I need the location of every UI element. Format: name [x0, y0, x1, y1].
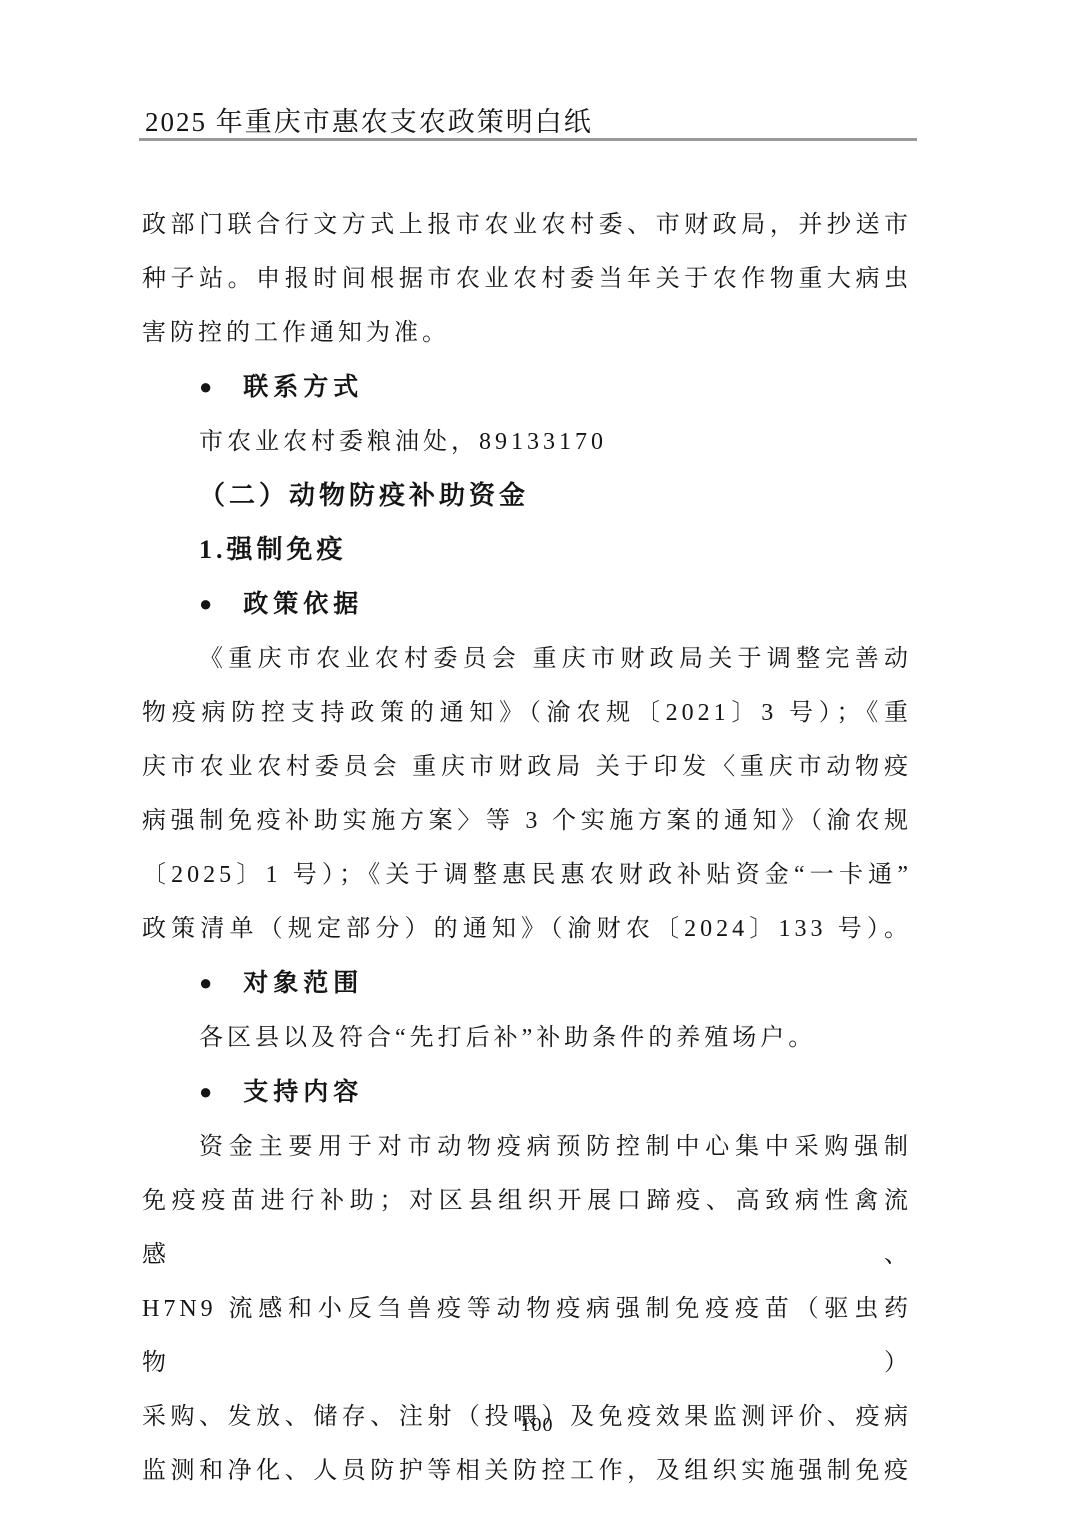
- policy-basis-heading-label: 政策依据: [243, 591, 363, 618]
- bullet-icon: ●: [199, 970, 216, 995]
- intro-paragraph-line: 种子站。申报时间根据市农业农村委当年关于农作物重大病虫: [142, 252, 912, 306]
- bullet-icon: ●: [199, 374, 216, 399]
- policy-basis-line: 庆市农业农村委员会 重庆市财政局 关于印发〈重庆市动物疫: [142, 740, 912, 794]
- support-content-line: H7N9 流感和小反刍兽疫等动物疫病强制免疫疫苗（驱虫药物）: [142, 1282, 912, 1390]
- contact-section-heading: ●联系方式: [142, 360, 912, 415]
- header-rule: [139, 138, 917, 141]
- intro-paragraph-line: 政部门联合行文方式上报市农业农村委、市财政局，并抄送市: [142, 198, 912, 252]
- support-content-line: 免疫疫苗进行补助；对区县组织开展口蹄疫、高致病性禽流感、: [142, 1174, 912, 1282]
- page-number: 100: [521, 1414, 554, 1436]
- section-heading: （二）动物防疫补助资金: [142, 469, 912, 523]
- policy-basis-section-heading: ●政策依据: [142, 577, 912, 632]
- page-header-title: 2025 年重庆市惠农支农政策明白纸: [145, 100, 593, 139]
- contact-heading-label: 联系方式: [243, 374, 363, 401]
- policy-basis-line: 物疫病防控支持政策的通知》（渝农规〔2021〕3 号）；《重: [142, 686, 912, 740]
- support-content-heading-label: 支持内容: [243, 1079, 363, 1106]
- target-scope-section-heading: ●对象范围: [142, 956, 912, 1011]
- subsection-heading: 1.强制免疫: [142, 523, 912, 577]
- document-content: 政部门联合行文方式上报市农业农村委、市财政局，并抄送市 种子站。申报时间根据市农…: [142, 198, 912, 1498]
- policy-basis-line: 《重庆市农业农村委员会 重庆市财政局关于调整完善动: [142, 632, 912, 686]
- support-content-line: 资金主要用于对市动物疫病预防控制中心集中采购强制: [142, 1120, 912, 1174]
- contact-info-text: 市农业农村委粮油处，89133170: [142, 415, 912, 469]
- intro-paragraph-line: 害防控的工作通知为准。: [142, 306, 912, 360]
- document-page: 2025 年重庆市惠农支农政策明白纸 政部门联合行文方式上报市农业农村委、市财政…: [0, 0, 1074, 1520]
- target-scope-heading-label: 对象范围: [243, 970, 363, 997]
- policy-basis-line: 病强制免疫补助实施方案〉等 3 个实施方案的通知》（渝农规: [142, 794, 912, 848]
- policy-basis-line: 〔2025〕1 号）；《关于调整惠民惠农财政补贴资金“一卡通”: [142, 848, 912, 902]
- bullet-icon: ●: [199, 591, 216, 616]
- bullet-icon: ●: [199, 1079, 216, 1104]
- support-content-section-heading: ●支持内容: [142, 1065, 912, 1120]
- support-content-line: 监测和净化、人员防护等相关防控工作，及组织实施强制免疫: [142, 1444, 912, 1498]
- policy-basis-line: 政策清单（规定部分）的通知》（渝财农〔2024〕133 号）。: [142, 902, 912, 956]
- target-scope-text: 各区县以及符合“先打后补”补助条件的养殖场户。: [142, 1011, 912, 1065]
- page-footer: 100: [0, 1414, 1074, 1437]
